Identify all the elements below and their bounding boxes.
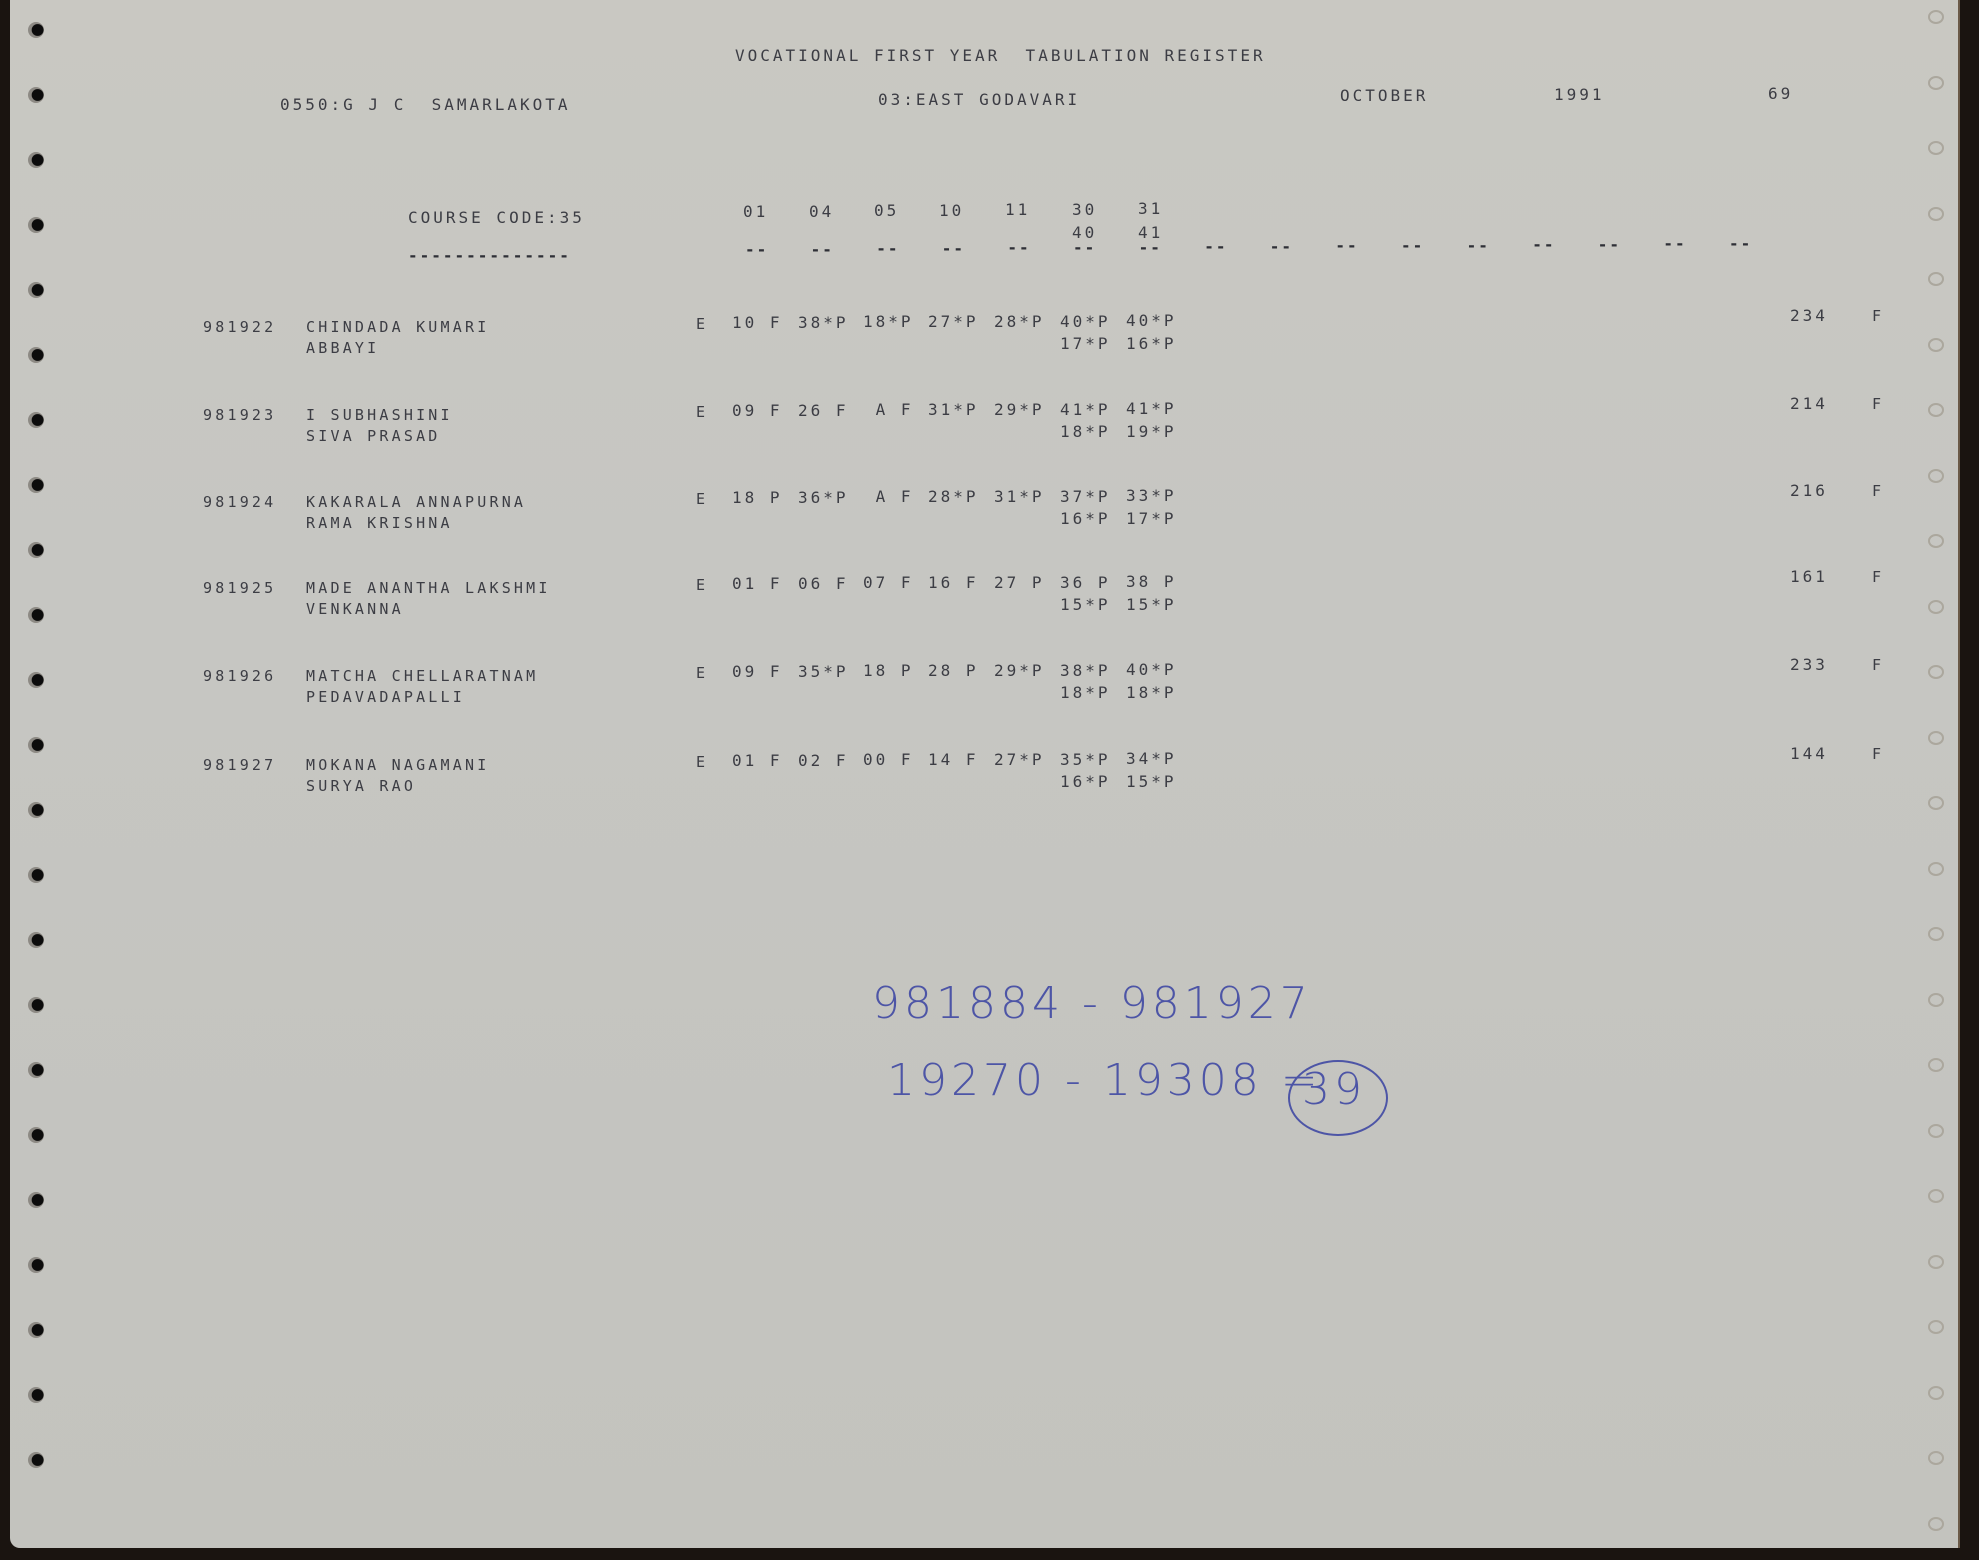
tractor-hole-icon (1928, 272, 1944, 286)
tractor-hole-icon (1928, 1517, 1944, 1531)
tractor-hole-icon (28, 87, 44, 103)
tractor-hole-icon (1928, 1189, 1944, 1203)
column-separator: -- (1729, 234, 1752, 253)
column-separator: -- (745, 240, 768, 259)
subject-mark: 38*P (1060, 661, 1111, 680)
student-name: CHINDADA KUMARI (306, 318, 489, 336)
subject-mark: 09 F (732, 401, 783, 420)
subject-mark: 07 F (863, 573, 914, 592)
tractor-hole-icon (1928, 534, 1944, 548)
subject-mark: 28 P (928, 661, 979, 680)
column-separator: -- (1663, 234, 1686, 253)
subject-mark: A F (863, 487, 914, 506)
subject-mark: 10 F (732, 313, 783, 332)
total-marks: 161 (1790, 567, 1828, 586)
tractor-hole-icon (28, 1322, 44, 1338)
perforation-edge (1958, 0, 1960, 1548)
column-separator: -- (942, 239, 965, 258)
medium-code: E (696, 576, 708, 594)
student-name: I SUBHASHINI (306, 406, 453, 424)
subject-mark-secondary: 16*P (1126, 334, 1177, 353)
tractor-hole-icon (1928, 1451, 1944, 1465)
medium-code: E (696, 753, 708, 771)
father-name: ABBAYI (306, 339, 379, 357)
medium-code: E (696, 315, 708, 333)
student-name: KAKARALA ANNAPURNA (306, 493, 526, 511)
subject-mark-secondary: 18*P (1060, 683, 1111, 702)
column-separator: -- (1467, 236, 1490, 255)
result-status: F (1872, 482, 1884, 500)
tractor-hole-icon (1928, 469, 1944, 483)
column-separator: -- (1401, 236, 1424, 255)
tractor-hole-icon (28, 737, 44, 753)
district: 03:EAST GODAVARI (878, 90, 1080, 109)
tractor-hole-icon (1928, 862, 1944, 876)
medium-code: E (696, 403, 708, 421)
tractor-hole-icon (1928, 10, 1944, 24)
tractor-hole-icon (1928, 600, 1944, 614)
course-code-label: COURSE CODE:35 (408, 208, 585, 227)
result-status: F (1872, 656, 1884, 674)
column-separator: -- (1073, 238, 1096, 257)
subject-mark: 16 F (928, 573, 979, 592)
subject-mark: 18*P (863, 312, 914, 331)
tractor-hole-icon (1928, 1058, 1944, 1072)
total-marks: 216 (1790, 481, 1828, 500)
tractor-hole-icon (28, 607, 44, 623)
tractor-hole-icon (1928, 1255, 1944, 1269)
tractor-hole-icon (28, 1387, 44, 1403)
subject-mark: 27*P (994, 750, 1045, 769)
column-separator: -- (1532, 235, 1555, 254)
tractor-hole-icon (28, 1452, 44, 1468)
tractor-hole-icon (28, 997, 44, 1013)
tractor-hole-icon (28, 1192, 44, 1208)
student-name: MOKANA NAGAMANI (306, 756, 489, 774)
column-separator: -- (1598, 235, 1621, 254)
column-separator: -- (1335, 236, 1358, 255)
father-name: SURYA RAO (306, 777, 416, 795)
column-separator: -- (1139, 238, 1162, 257)
page-number: 69 (1768, 84, 1793, 103)
subject-mark-secondary: 15*P (1126, 595, 1177, 614)
father-name: RAMA KRISHNA (306, 514, 453, 532)
subject-mark-secondary: 18*P (1126, 683, 1177, 702)
tractor-hole-icon (1928, 796, 1944, 810)
tractor-hole-icon (1928, 141, 1944, 155)
tractor-hole-icon (1928, 76, 1944, 90)
subject-mark: 37*P (1060, 487, 1111, 506)
tractor-hole-icon (28, 477, 44, 493)
tractor-hole-icon (1928, 927, 1944, 941)
subject-mark: 18 P (863, 661, 914, 680)
handwritten-hall-ticket-range: 981884 - 981927 (872, 978, 1312, 1029)
subject-mark: 40*P (1126, 660, 1177, 679)
subject-mark: 41*P (1126, 399, 1177, 418)
subject-mark: 27*P (928, 312, 979, 331)
father-name: PEDAVADAPALLI (306, 688, 465, 706)
total-marks: 234 (1790, 306, 1828, 325)
subject-mark: 09 F (732, 662, 783, 681)
subject-mark: 40*P (1060, 312, 1111, 331)
subject-mark-secondary: 17*P (1060, 334, 1111, 353)
result-status: F (1872, 307, 1884, 325)
subject-mark: 36*P (798, 488, 849, 507)
subject-mark: 38*P (798, 313, 849, 332)
student-name: MATCHA CHELLARATNAM (306, 667, 538, 685)
tractor-hole-icon (1928, 993, 1944, 1007)
hall-ticket-number: 981927 (203, 756, 276, 774)
tractor-hole-icon (1928, 207, 1944, 221)
father-name: SIVA PRASAD (306, 427, 441, 445)
exam-month: OCTOBER (1340, 86, 1428, 105)
subject-mark: A F (863, 400, 914, 419)
subject-mark: 00 F (863, 750, 914, 769)
computer-printout-sheet: VOCATIONAL FIRST YEAR TABULATION REGISTE… (10, 0, 1960, 1548)
subject-mark-secondary: 15*P (1126, 772, 1177, 791)
subject-mark: 29*P (994, 661, 1045, 680)
subject-mark: 34*P (1126, 749, 1177, 768)
subject-mark: 38 P (1126, 572, 1177, 591)
result-status: F (1872, 568, 1884, 586)
hall-ticket-number: 981924 (203, 493, 276, 511)
subject-mark: 31*P (928, 400, 979, 419)
result-status: F (1872, 395, 1884, 413)
subject-mark: 06 F (798, 574, 849, 593)
column-separator: -- (1204, 237, 1227, 256)
subject-code: 01 (743, 202, 768, 221)
hall-ticket-number: 981923 (203, 406, 276, 424)
medium-code: E (696, 490, 708, 508)
subject-mark: 18 P (732, 488, 783, 507)
tractor-hole-icon (28, 217, 44, 233)
tractor-hole-icon (28, 542, 44, 558)
subject-mark: 31*P (994, 487, 1045, 506)
tractor-hole-icon (28, 347, 44, 363)
tractor-hole-icon (28, 22, 44, 38)
tractor-hole-icon (28, 1062, 44, 1078)
tractor-hole-icon (28, 932, 44, 948)
subject-mark: 40*P (1126, 311, 1177, 330)
subject-mark-secondary: 17*P (1126, 509, 1177, 528)
column-separator: -- (876, 239, 899, 258)
subject-mark-secondary: 19*P (1126, 422, 1177, 441)
hall-ticket-number: 981925 (203, 579, 276, 597)
subject-code: 11 (1005, 200, 1030, 219)
subject-mark: 26 F (798, 401, 849, 420)
tractor-hole-icon (1928, 665, 1944, 679)
subject-mark-secondary: 16*P (1060, 509, 1111, 528)
total-marks: 233 (1790, 655, 1828, 674)
tractor-hole-icon (1928, 338, 1944, 352)
college-code: 0550:G J C SAMARLAKOTA (280, 95, 571, 114)
column-separator: -- (1270, 237, 1293, 256)
tractor-hole-icon (28, 672, 44, 688)
subject-mark: 01 F (732, 751, 783, 770)
subject-mark: 27 P (994, 573, 1045, 592)
subject-code: 30 (1072, 200, 1097, 219)
course-code-underline: -------------- (408, 246, 571, 265)
subject-mark: 35*P (1060, 750, 1111, 769)
column-separator: -- (811, 240, 834, 259)
subject-mark: 28*P (994, 312, 1045, 331)
subject-code: 05 (874, 201, 899, 220)
exam-year: 1991 (1554, 85, 1605, 104)
subject-mark: 33*P (1126, 486, 1177, 505)
tractor-hole-icon (28, 412, 44, 428)
subject-code: 31 (1138, 199, 1163, 218)
subject-mark-secondary: 18*P (1060, 422, 1111, 441)
tractor-hole-icon (28, 867, 44, 883)
register-title: VOCATIONAL FIRST YEAR TABULATION REGISTE… (735, 46, 1266, 65)
subject-mark: 35*P (798, 662, 849, 681)
subject-mark-secondary: 16*P (1060, 772, 1111, 791)
tractor-hole-icon (1928, 731, 1944, 745)
subject-mark: 28*P (928, 487, 979, 506)
tractor-hole-icon (1928, 403, 1944, 417)
tractor-hole-icon (28, 1127, 44, 1143)
subject-mark: 41*P (1060, 400, 1111, 419)
subject-mark: 14 F (928, 750, 979, 769)
column-separator: -- (1007, 238, 1030, 257)
tractor-hole-icon (28, 1257, 44, 1273)
total-marks: 144 (1790, 744, 1828, 763)
tractor-hole-icon (28, 282, 44, 298)
subject-mark: 36 P (1060, 573, 1111, 592)
subject-code: 04 (809, 202, 834, 221)
father-name: VENKANNA (306, 600, 404, 618)
handwritten-serial-range: 19270 - 19308 = (887, 1055, 1322, 1106)
tractor-hole-icon (28, 152, 44, 168)
subject-mark: 29*P (994, 400, 1045, 419)
subject-mark: 01 F (732, 574, 783, 593)
result-status: F (1872, 745, 1884, 763)
subject-code: 10 (939, 201, 964, 220)
total-marks: 214 (1790, 394, 1828, 413)
tractor-hole-icon (1928, 1386, 1944, 1400)
hall-ticket-number: 981922 (203, 318, 276, 336)
tractor-hole-icon (1928, 1124, 1944, 1138)
tractor-hole-icon (28, 802, 44, 818)
subject-mark-secondary: 15*P (1060, 595, 1111, 614)
student-name: MADE ANANTHA LAKSHMI (306, 579, 551, 597)
tractor-hole-icon (1928, 1320, 1944, 1334)
handwritten-count: 39 (1302, 1064, 1366, 1115)
hall-ticket-number: 981926 (203, 667, 276, 685)
medium-code: E (696, 664, 708, 682)
subject-mark: 02 F (798, 751, 849, 770)
